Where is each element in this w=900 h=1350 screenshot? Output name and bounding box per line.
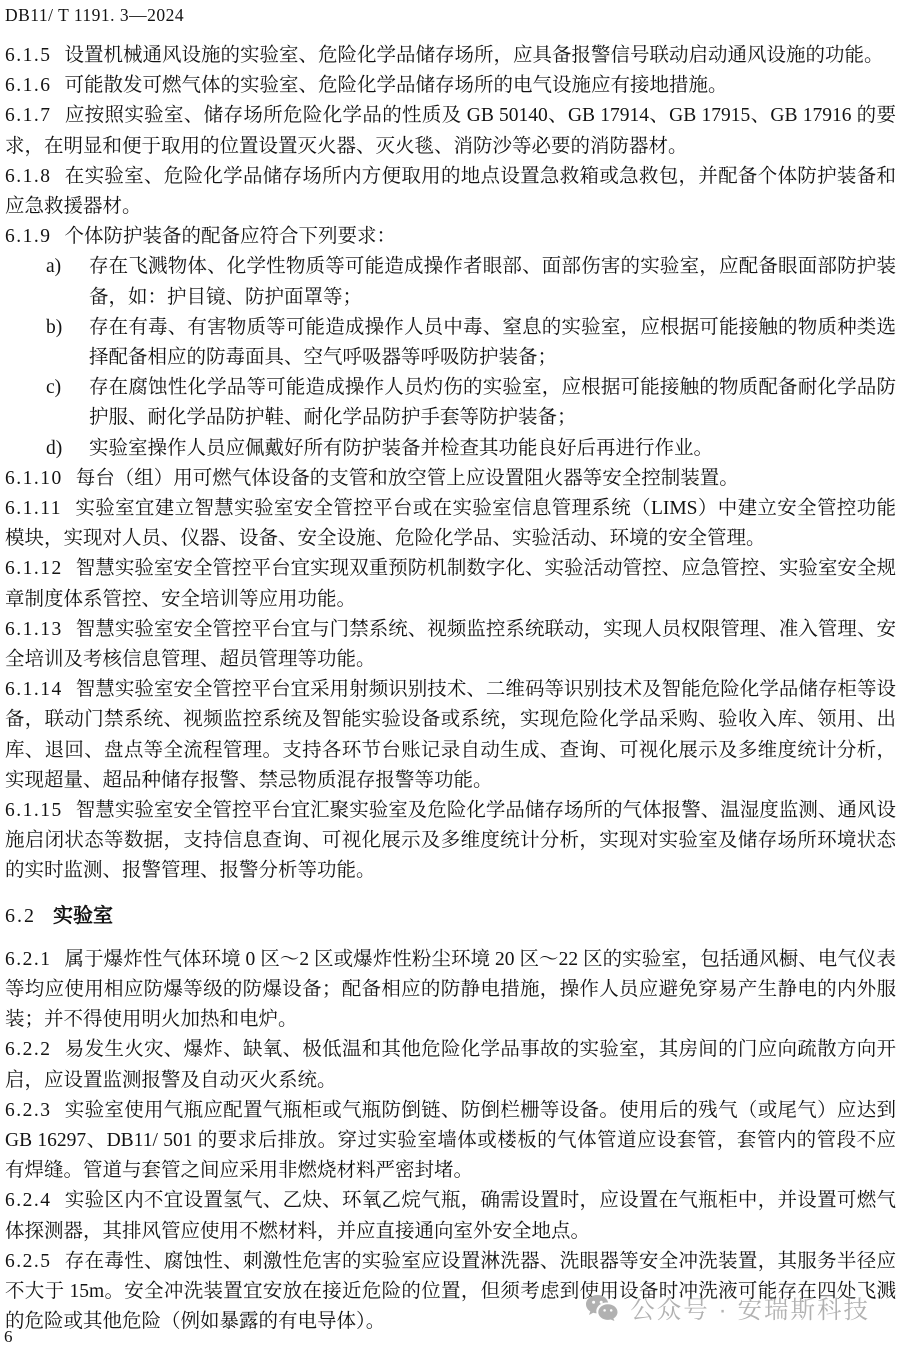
clause-number: 6.1.15 (5, 800, 63, 821)
clause-number: 6.1.11 (5, 498, 62, 519)
clause-text: 智慧实验室安全管控平台宜采用射频识别技术、二维码等识别技术及智能危险化学品储存柜… (5, 679, 896, 791)
clause-item-text: 存在腐蚀性化学品等可能造成操作人员灼伤的实验室，应根据可能接触的物质配备耐化学品… (89, 377, 896, 428)
clause-paragraph: 6.1.11实验室宜建立智慧实验室安全管控平台或在实验室信息管理系统（LIMS）… (5, 494, 896, 554)
clause-paragraph: 6.2.4实验区内不宜设置氢气、乙炔、环氧乙烷气瓶，确需设置时，应设置在气瓶柜中… (5, 1186, 896, 1246)
clause-paragraph: 6.1.5设置机械通风设施的实验室、危险化学品储存场所，应具备报警信号联动启动通… (5, 41, 896, 71)
clause-number: 6.1.14 (5, 679, 63, 700)
clause-text: 可能散发可燃气体的实验室、危险化学品储存场所的电气设施应有接地措施。 (65, 75, 728, 96)
clause-item: a)存在飞溅物体、化学性物质等可能造成操作者眼部、面部伤害的实验室，应配备眼面部… (5, 252, 896, 312)
clause-paragraph: 6.1.13智慧实验室安全管控平台宜与门禁系统、视频监控系统联动，实现人员权限管… (5, 615, 896, 675)
clause-number: 6.1.7 (5, 105, 52, 126)
clause-text: 实验区内不宜设置氢气、乙炔、环氧乙烷气瓶，确需设置时，应设置在气瓶柜中，并设置可… (5, 1190, 896, 1241)
clause-text: 每台（组）用可燃气体设备的支管和放空管上应设置阻火器等安全控制装置。 (76, 468, 739, 489)
document-body: 6.1.5设置机械通风设施的实验室、危险化学品储存场所，应具备报警信号联动启动通… (5, 41, 896, 1337)
clause-number: 6.1.13 (5, 619, 63, 640)
clause-number: 6.2.4 (5, 1190, 52, 1211)
clause-paragraph: 6.1.9个体防护装备的配备应符合下列要求： (5, 222, 896, 252)
clause-item: d)实验室操作人员应佩戴好所有防护装备并检查其功能良好后再进行作业。 (5, 434, 896, 464)
section-heading-number: 6.2 (5, 905, 36, 927)
page-number: 6 (4, 1327, 13, 1347)
clause-paragraph: 6.2.3实验室使用气瓶应配置气瓶柜或气瓶防倒链、防倒栏栅等设备。使用后的残气（… (5, 1096, 896, 1187)
clause-number: 6.2.2 (5, 1039, 52, 1060)
clause-paragraph: 6.2.1属于爆炸性气体环境 0 区～2 区或爆炸性粉尘环境 20 区～22 区… (5, 945, 896, 1036)
clause-text: 在实验室、危险化学品储存场所内方便取用的地点设置急救箱或急救包，并配备个体防护装… (5, 166, 896, 217)
clause-text: 应按照实验室、储存场所危险化学品的性质及 GB 50140、GB 17914、G… (5, 105, 896, 156)
clause-item-text: 存在飞溅物体、化学性物质等可能造成操作者眼部、面部伤害的实验室，应配备眼面部防护… (89, 256, 896, 307)
clause-paragraph: 6.1.6可能散发可燃气体的实验室、危险化学品储存场所的电气设施应有接地措施。 (5, 71, 896, 101)
section-heading-title: 实验室 (53, 905, 113, 927)
clause-item-label: b) (46, 313, 62, 343)
wechat-icon (585, 1294, 619, 1323)
clause-number: 6.1.8 (5, 166, 52, 187)
clause-item-label: a) (46, 252, 61, 282)
clause-number: 6.1.5 (5, 45, 52, 66)
clause-text: 易发生火灾、爆炸、缺氧、极低温和其他危险化学品事故的实验室，其房间的门应向疏散方… (5, 1039, 896, 1090)
clause-number: 6.1.12 (5, 558, 63, 579)
clause-item-text: 实验室操作人员应佩戴好所有防护装备并检查其功能良好后再进行作业。 (89, 438, 713, 459)
clause-number: 6.1.9 (5, 226, 52, 247)
clause-number: 6.2.3 (5, 1100, 52, 1121)
document-standard-number: DB11/ T 1191. 3—2024 (5, 5, 184, 26)
clause-text: 属于爆炸性气体环境 0 区～2 区或爆炸性粉尘环境 20 区～22 区的实验室，… (5, 949, 896, 1030)
clause-text: 实验室使用气瓶应配置气瓶柜或气瓶防倒链、防倒栏栅等设备。使用后的残气（或尾气）应… (5, 1100, 896, 1181)
clause-item-text: 存在有毒、有害物质等可能造成操作人员中毒、窒息的实验室，应根据可能接触的物质种类… (89, 317, 896, 368)
clause-number: 6.2.1 (5, 949, 52, 970)
clause-item-label: c) (46, 373, 61, 403)
clause-number: 6.1.6 (5, 75, 52, 96)
clause-text: 设置机械通风设施的实验室、危险化学品储存场所，应具备报警信号联动启动通风设施的功… (65, 45, 884, 66)
clause-paragraph: 6.1.8在实验室、危险化学品储存场所内方便取用的地点设置急救箱或急救包，并配备… (5, 162, 896, 222)
watermark-text: 公众号 · 安瑞斯科技 (630, 1291, 870, 1326)
clause-paragraph: 6.2.2易发生火灾、爆炸、缺氧、极低温和其他危险化学品事故的实验室，其房间的门… (5, 1035, 896, 1095)
clause-text: 个体防护装备的配备应符合下列要求： (65, 226, 397, 247)
clause-text: 实验室宜建立智慧实验室安全管控平台或在实验室信息管理系统（LIMS）中建立安全管… (5, 498, 896, 549)
clause-text: 智慧实验室安全管控平台宜汇聚实验室及危险化学品储存场所的气体报警、温湿度监测、通… (5, 800, 896, 881)
clause-number: 6.1.10 (5, 468, 63, 489)
clause-paragraph: 6.1.7应按照实验室、储存场所危险化学品的性质及 GB 50140、GB 17… (5, 101, 896, 161)
clause-text: 智慧实验室安全管控平台宜与门禁系统、视频监控系统联动，实现人员权限管理、准入管理… (5, 619, 896, 670)
clause-number: 6.2.5 (5, 1251, 52, 1272)
clause-item: c)存在腐蚀性化学品等可能造成操作人员灼伤的实验室，应根据可能接触的物质配备耐化… (5, 373, 896, 433)
clause-paragraph: 6.1.12智慧实验室安全管控平台宜实现双重预防机制数字化、实验活动管控、应急管… (5, 554, 896, 614)
clause-item-label: d) (46, 434, 62, 464)
document-page: DB11/ T 1191. 3—2024 6.1.5设置机械通风设施的实验室、危… (0, 0, 900, 1350)
clause-paragraph: 6.1.10每台（组）用可燃气体设备的支管和放空管上应设置阻火器等安全控制装置。 (5, 464, 896, 494)
clause-paragraph: 6.1.15智慧实验室安全管控平台宜汇聚实验室及危险化学品储存场所的气体报警、温… (5, 796, 896, 887)
clause-item-list: a)存在飞溅物体、化学性物质等可能造成操作者眼部、面部伤害的实验室，应配备眼面部… (5, 252, 896, 463)
clause-text: 智慧实验室安全管控平台宜实现双重预防机制数字化、实验活动管控、应急管控、实验室安… (5, 558, 896, 609)
clause-paragraph: 6.1.14智慧实验室安全管控平台宜采用射频识别技术、二维码等识别技术及智能危险… (5, 675, 896, 796)
section-heading: 6.2实验室 (5, 901, 896, 932)
watermark: 公众号 · 安瑞斯科技 (585, 1291, 870, 1326)
clause-item: b)存在有毒、有害物质等可能造成操作人员中毒、窒息的实验室，应根据可能接触的物质… (5, 313, 896, 373)
